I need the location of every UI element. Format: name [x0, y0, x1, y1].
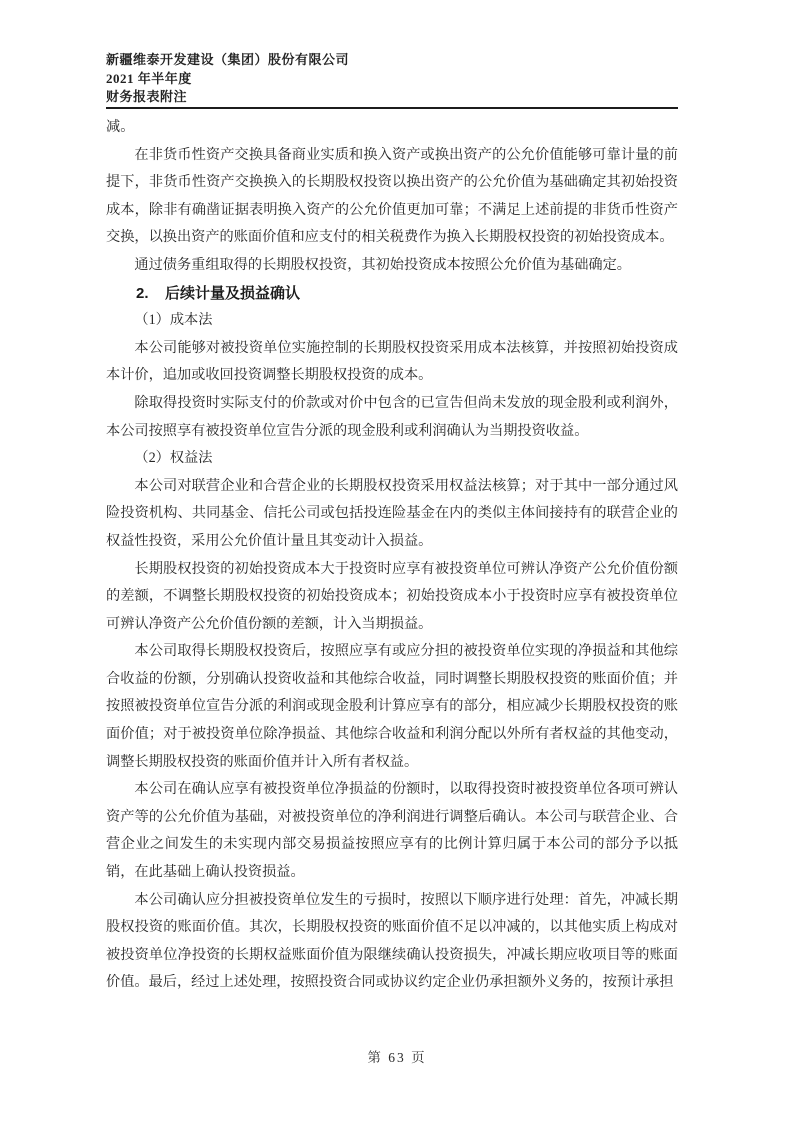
paragraph-equity-method-1: 本公司对联营企业和合营企业的长期股权投资采用权益法核算；对于其中一部分通过风险投…	[106, 473, 678, 556]
paragraph-continuation: 减。	[106, 114, 678, 142]
paragraph-equity-method-3: 本公司取得长期股权投资后，按照应享有或应分担的被投资单位实现的净损益和其他综合收…	[106, 638, 678, 776]
section-heading-number: 2.	[136, 280, 149, 308]
section-heading-title: 后续计量及损益确认	[165, 285, 300, 302]
paragraph-equity-method-4: 本公司在确认应享有被投资单位净损益的份额时，以取得投资时被投资单位各项可辨认资产…	[106, 776, 678, 886]
page-number: 第 63 页	[0, 1048, 794, 1068]
item-label-equity-method: （2）权益法	[106, 445, 678, 473]
paragraph-cost-method-2: 除取得投资时实际支付的价款或对价中包含的已宣告但尚未发放的现金股利或利润外，本公…	[106, 390, 678, 445]
item-label-cost-method: （1）成本法	[106, 307, 678, 335]
paragraph-nonmonetary-exchange: 在非货币性资产交换具备商业实质和换入资产或换出资产的公允价值能够可靠计量的前提下…	[106, 142, 678, 252]
header-document-title: 财务报表附注	[106, 88, 684, 107]
paragraph-debt-restructuring: 通过债务重组取得的长期股权投资，其初始投资成本按照公允价值为基础确定。	[106, 252, 678, 280]
document-body: 减。 在非货币性资产交换具备商业实质和换入资产或换出资产的公允价值能够可靠计量的…	[106, 114, 678, 997]
header-report-period: 2021 年半年度	[106, 70, 684, 89]
header-divider-rule	[106, 107, 678, 109]
document-page: 新疆维泰开发建设（集团）股份有限公司 2021 年半年度 财务报表附注 减。 在…	[0, 0, 794, 1123]
paragraph-equity-method-2: 长期股权投资的初始投资成本大于投资时应享有被投资单位可辨认净资产公允价值份额的差…	[106, 556, 678, 639]
paragraph-cost-method-1: 本公司能够对被投资单位实施控制的长期股权投资采用成本法核算，并按照初始投资成本计…	[106, 335, 678, 390]
paragraph-loss-treatment: 本公司确认应分担被投资单位发生的亏损时，按照以下顺序进行处理：首先，冲减长期股权…	[106, 887, 678, 997]
document-header: 新疆维泰开发建设（集团）股份有限公司 2021 年半年度 财务报表附注	[106, 51, 684, 107]
section-heading: 2.后续计量及损益确认	[106, 280, 678, 308]
header-company-name: 新疆维泰开发建设（集团）股份有限公司	[106, 51, 684, 70]
